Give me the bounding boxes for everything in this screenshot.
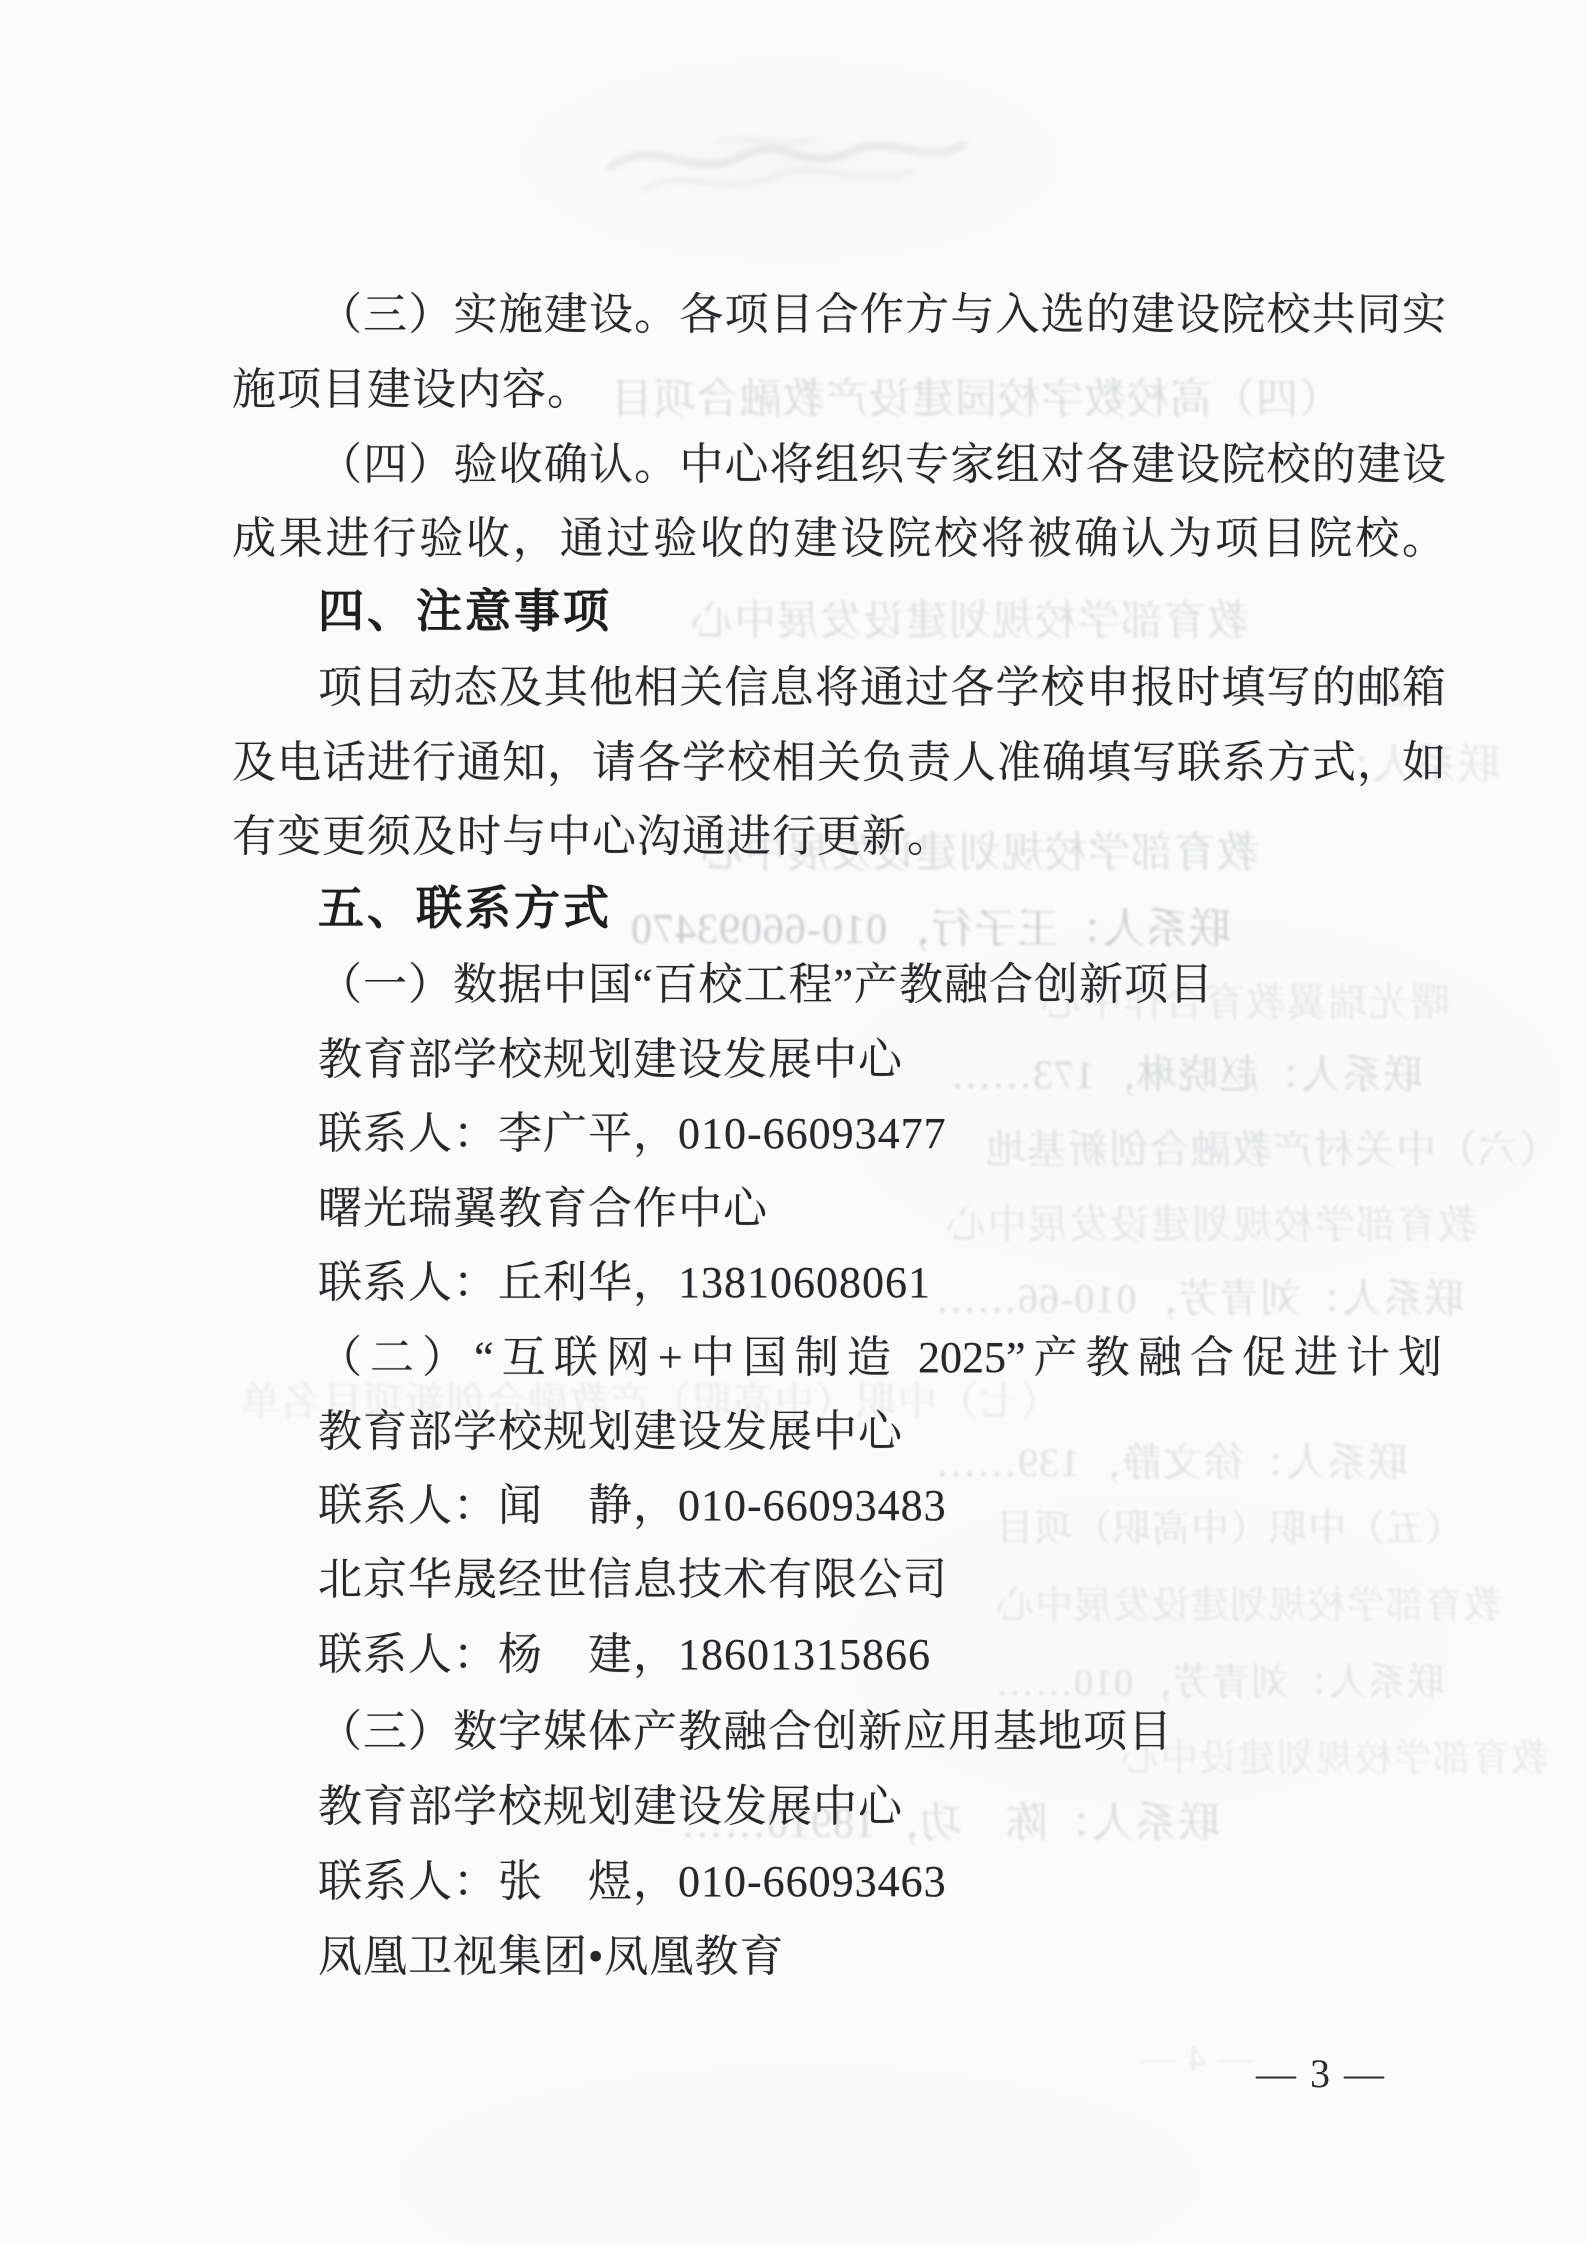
para-implementation-line1: （三）实施建设。各项目合作方与入选的建设院校共同实 xyxy=(318,289,1446,341)
page-number: — 3 — xyxy=(1256,2050,1386,2097)
bleedthrough-text-line: （四）高校数字校园建设产教融合项目 xyxy=(610,376,1341,424)
bleedthrough-text-line: 教育部学校规划建设发展中心 xyxy=(690,598,1249,646)
bleedthrough-text-line: 联系人：刘青芳，010-66…… xyxy=(935,1276,1464,1322)
contact-project2-org2: 北京华晟经世信息技术有限公司 xyxy=(318,1554,948,1606)
para-notes-line2: 及电话进行通知，请各学校相关负责人准确填写联系方式，如 xyxy=(232,737,1446,789)
contact-project2-title: （二）“互联网+中国制造 2025”产教融合促进计划 xyxy=(318,1332,1442,1384)
contact-project1-org2: 曙光瑞翼教育合作中心 xyxy=(318,1183,768,1235)
contact-project3-person1: 联系人：张 煜，010-66093463 xyxy=(318,1856,947,1908)
contact-project2-org1: 教育部学校规划建设发展中心 xyxy=(318,1406,903,1458)
bleedthrough-text-line: 教育部学校规划建设发展中心 xyxy=(945,1202,1478,1248)
bleedthrough-text-line: 联系人：刘青芳，010…… xyxy=(995,1662,1445,1706)
contact-project2-person2: 联系人：杨 建，18601315866 xyxy=(318,1629,931,1681)
contact-project1-title: （一）数据中国“百校工程”产教融合创新项目 xyxy=(318,959,1214,1011)
contact-project3-org2: 凤凰卫视集团•凤凰教育 xyxy=(318,1931,784,1983)
ink-smudge-artifact xyxy=(600,95,980,225)
para-acceptance-line2: 成果进行验收，通过验收的建设院校将被确认为项目院校。 xyxy=(232,513,1446,565)
contact-project3-title: （三）数字媒体产教融合创新应用基地项目 xyxy=(318,1706,1173,1758)
bleedthrough-text-line: 教育部学校规划建设中心 xyxy=(1120,1738,1549,1782)
bleedthrough-text-line: 联系人：王子行，010-66093470 xyxy=(630,906,1231,954)
contact-project2-person1: 联系人：闻 静，010-66093483 xyxy=(318,1480,947,1532)
bleedthrough-text-line: （五）中职（中高职）项目 xyxy=(995,1508,1463,1552)
section-heading-notes: 四、注意事项 xyxy=(318,586,612,637)
para-implementation-line2: 施项目建设内容。 xyxy=(232,364,592,416)
bleedthrough-text-line: （六）中关村产教融合创新基地 xyxy=(985,1127,1559,1173)
bleedthrough-text-line: 教育部学校规划建设发展中心 xyxy=(995,1585,1502,1629)
scanned-document-page: （四）高校数字校园建设产教融合项目 教育部学校规划建设发展中心 （五） 联系人：… xyxy=(0,0,1586,2245)
contact-project1-org1: 教育部学校规划建设发展中心 xyxy=(318,1034,903,1086)
contact-project1-person2: 联系人：丘利华，13810608061 xyxy=(318,1257,931,1309)
para-notes-line1: 项目动态及其他相关信息将通过各学校申报时填写的邮箱 xyxy=(318,662,1446,714)
bleedthrough-page-number: — 4 — xyxy=(1140,2038,1253,2079)
section-heading-contacts: 五、联系方式 xyxy=(318,883,612,934)
bleedthrough-text-line: 联系人：徐文静，139…… xyxy=(935,1440,1408,1486)
contact-project3-org1: 教育部学校规划建设发展中心 xyxy=(318,1781,903,1833)
bleedthrough-text-line: 联系人：赵晓琳，173…… xyxy=(950,1052,1423,1098)
para-acceptance-line1: （四）验收确认。中心将组织专家组对各建设院校的建设 xyxy=(318,439,1446,491)
para-notes-line3: 有变更须及时与中心沟通进行更新。 xyxy=(232,811,952,863)
contact-project1-person1: 联系人：李广平，010-66093477 xyxy=(318,1108,947,1160)
